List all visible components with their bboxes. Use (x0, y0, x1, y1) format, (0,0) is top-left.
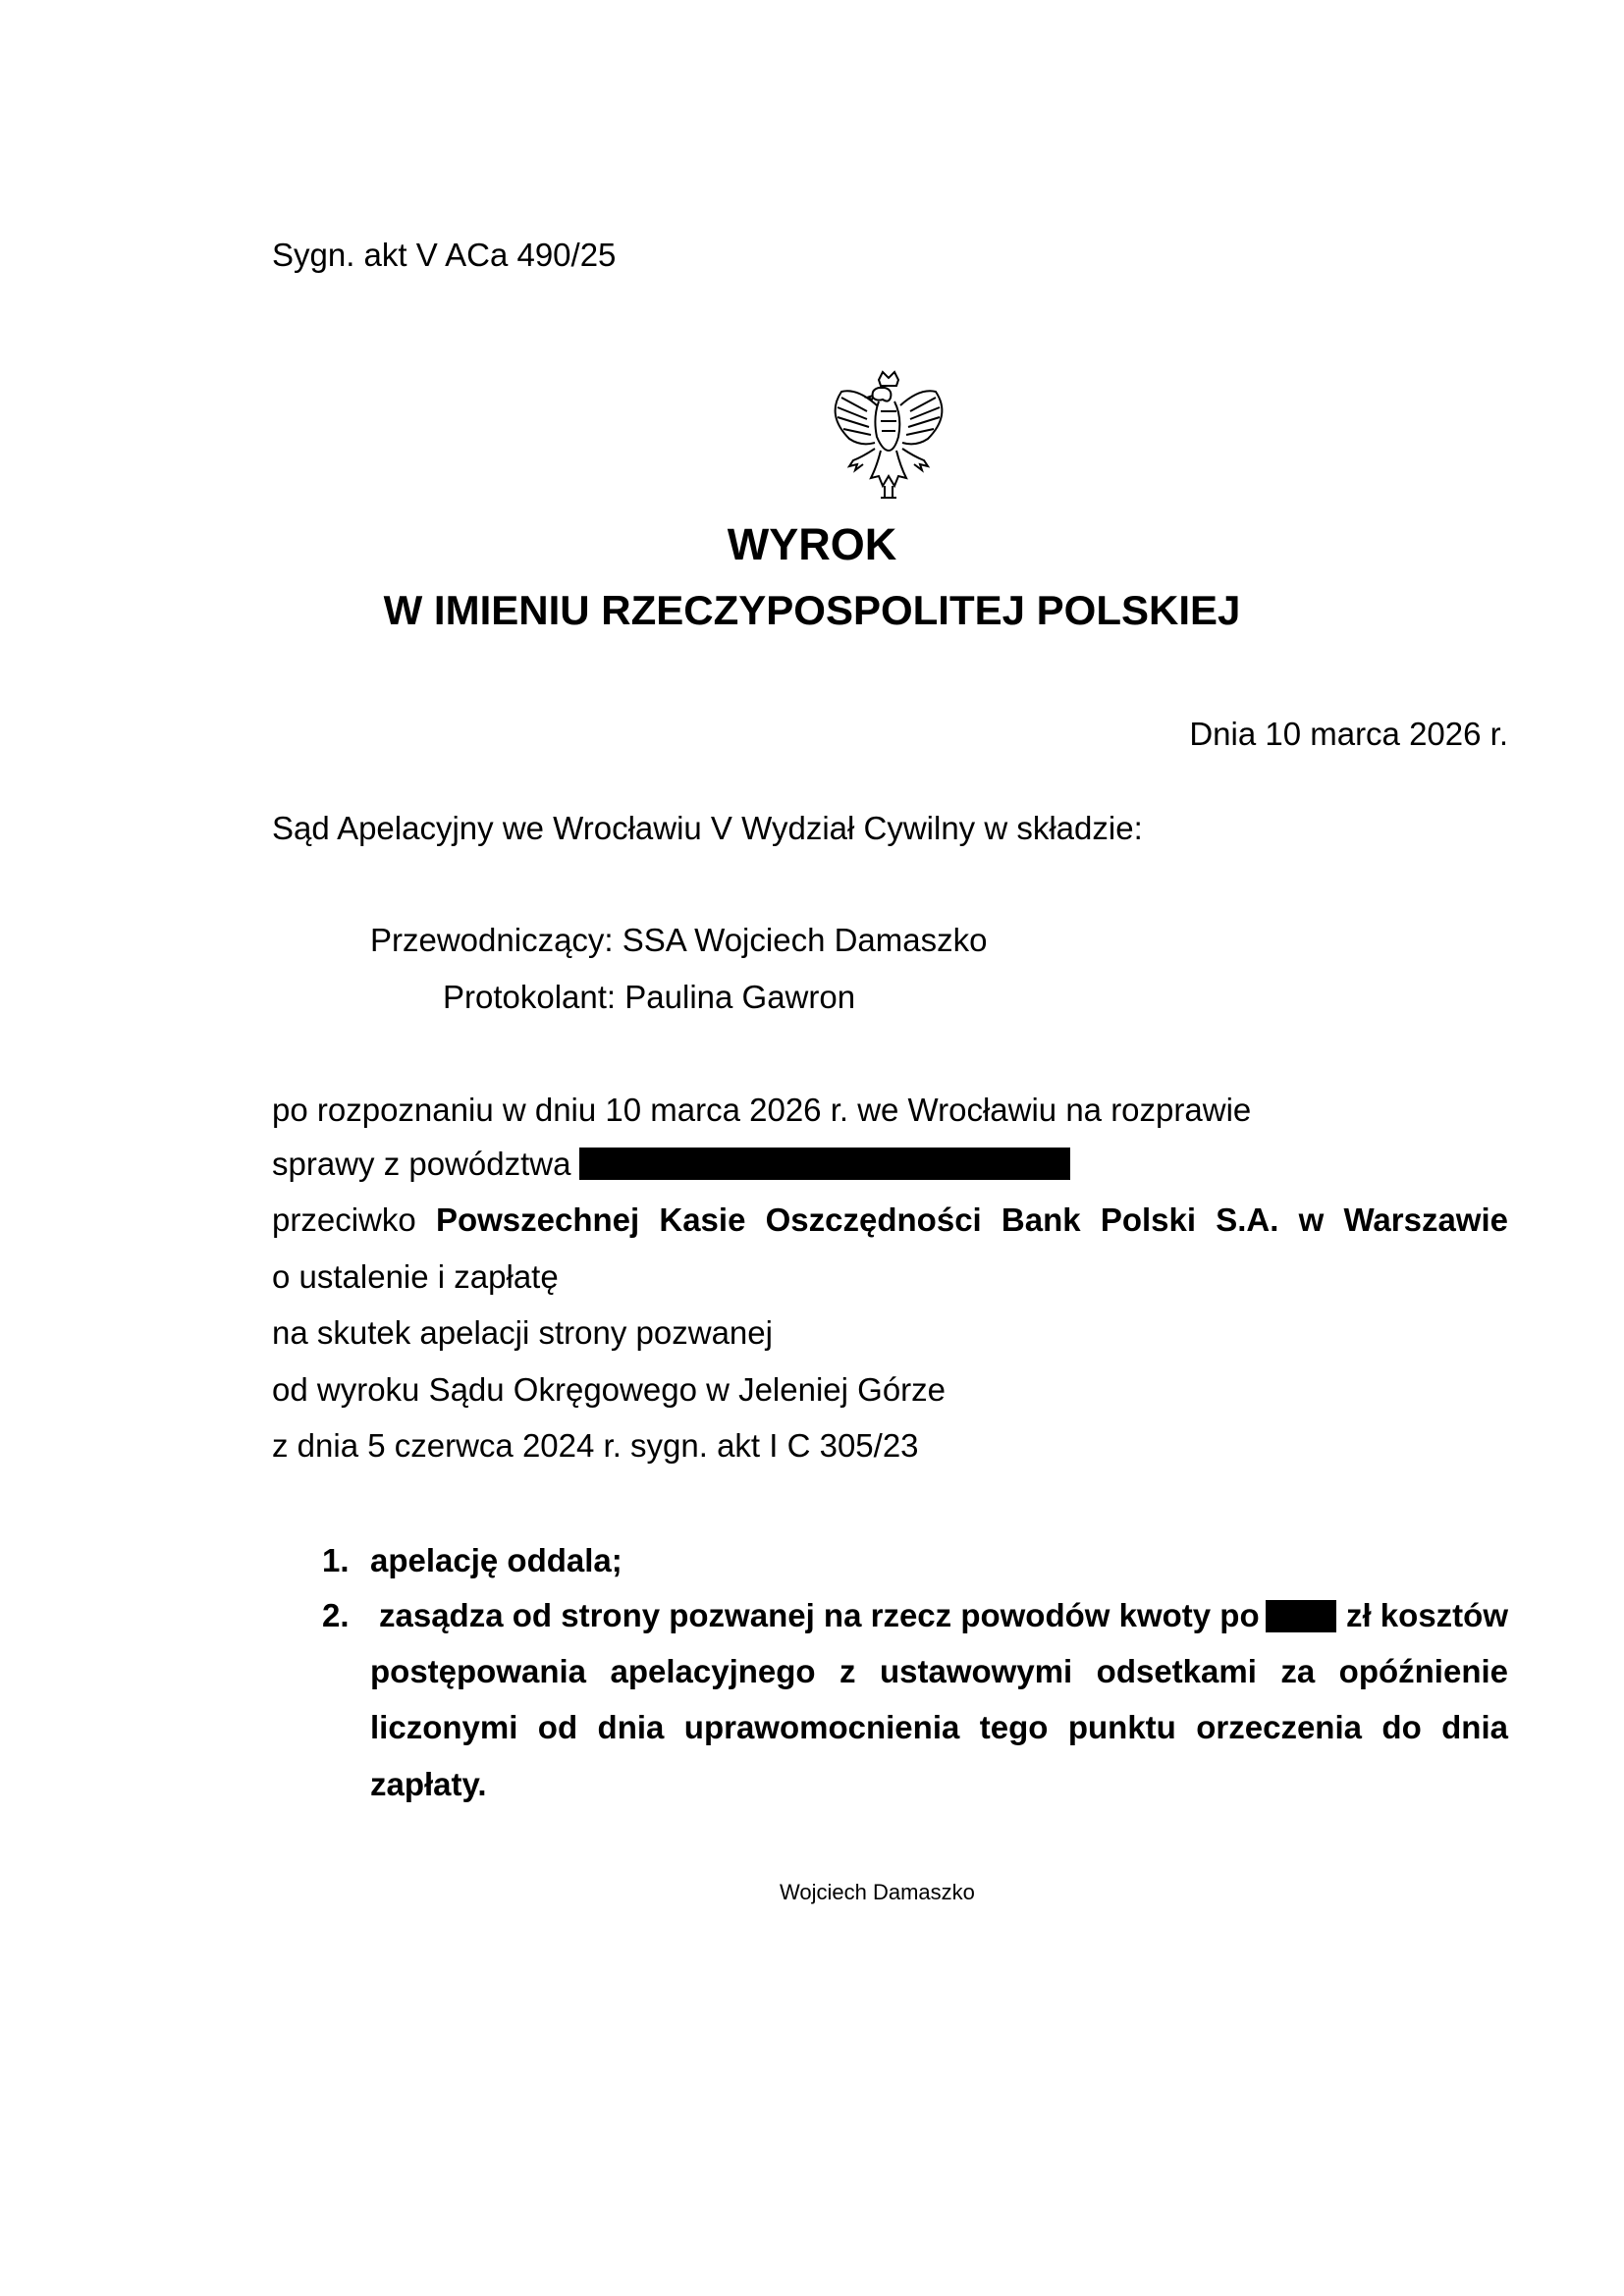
ruling-2-continuation-1: postępowania apelacyjnego z ustawowymi o… (370, 1655, 1508, 1687)
plaintiff-redaction (579, 1148, 1070, 1180)
claim-subject: o ustalenie i zapłatę (272, 1260, 559, 1293)
defendant-line: przeciwko Powszechnej Kasie Oszczędności… (272, 1203, 1508, 1236)
case-number: Sygn. akt V ACa 490/25 (272, 239, 616, 271)
amount-redaction (1266, 1600, 1336, 1632)
judgment-title: WYROK (0, 519, 1624, 570)
ruling-2-continuation-2: liczonymi od dnia uprawomocnienia tego p… (370, 1711, 1508, 1743)
ruling-2-continuation-3: zapłaty. (370, 1768, 487, 1800)
polish-eagle-emblem-icon (828, 368, 949, 502)
ruling-2-text-after: zł kosztów (1346, 1599, 1508, 1631)
plaintiff-line: sprawy z powództwa (272, 1148, 570, 1180)
plaintiff-label: sprawy z powództwa (272, 1146, 570, 1182)
judgment-date: Dnia 10 marca 2026 r. (1189, 718, 1508, 750)
ruling-2-number: 2. (322, 1599, 350, 1631)
defendant-label: przeciwko (272, 1201, 416, 1238)
ruling-2-text: zasądza od strony pozwanej na rzecz powo… (379, 1599, 1260, 1631)
judgment-subtitle: W IMIENIU RZECZYPOSPOLITEJ POLSKIEJ (0, 587, 1624, 634)
defendant-name: Powszechnej Kasie Oszczędności Bank Pols… (436, 1201, 1508, 1238)
lower-court-judgment: od wyroku Sądu Okręgowego w Jeleniej Gór… (272, 1373, 946, 1406)
hearing-line: po rozpoznaniu w dniu 10 marca 2026 r. w… (272, 1094, 1251, 1126)
judge-signature: Wojciech Damaszko (780, 1882, 975, 1903)
ruling-1-number: 1. (322, 1544, 350, 1576)
presiding-judge: Przewodniczący: SSA Wojciech Damaszko (370, 924, 987, 956)
court-composition: Sąd Apelacyjny we Wrocławiu V Wydział Cy… (272, 812, 1143, 844)
court-clerk: Protokolant: Paulina Gawron (443, 981, 855, 1013)
appeal-basis: na skutek apelacji strony pozwanej (272, 1316, 773, 1349)
lower-court-reference: z dnia 5 czerwca 2024 r. sygn. akt I C 3… (272, 1429, 919, 1462)
ruling-1-text: apelację oddala; (370, 1544, 623, 1576)
